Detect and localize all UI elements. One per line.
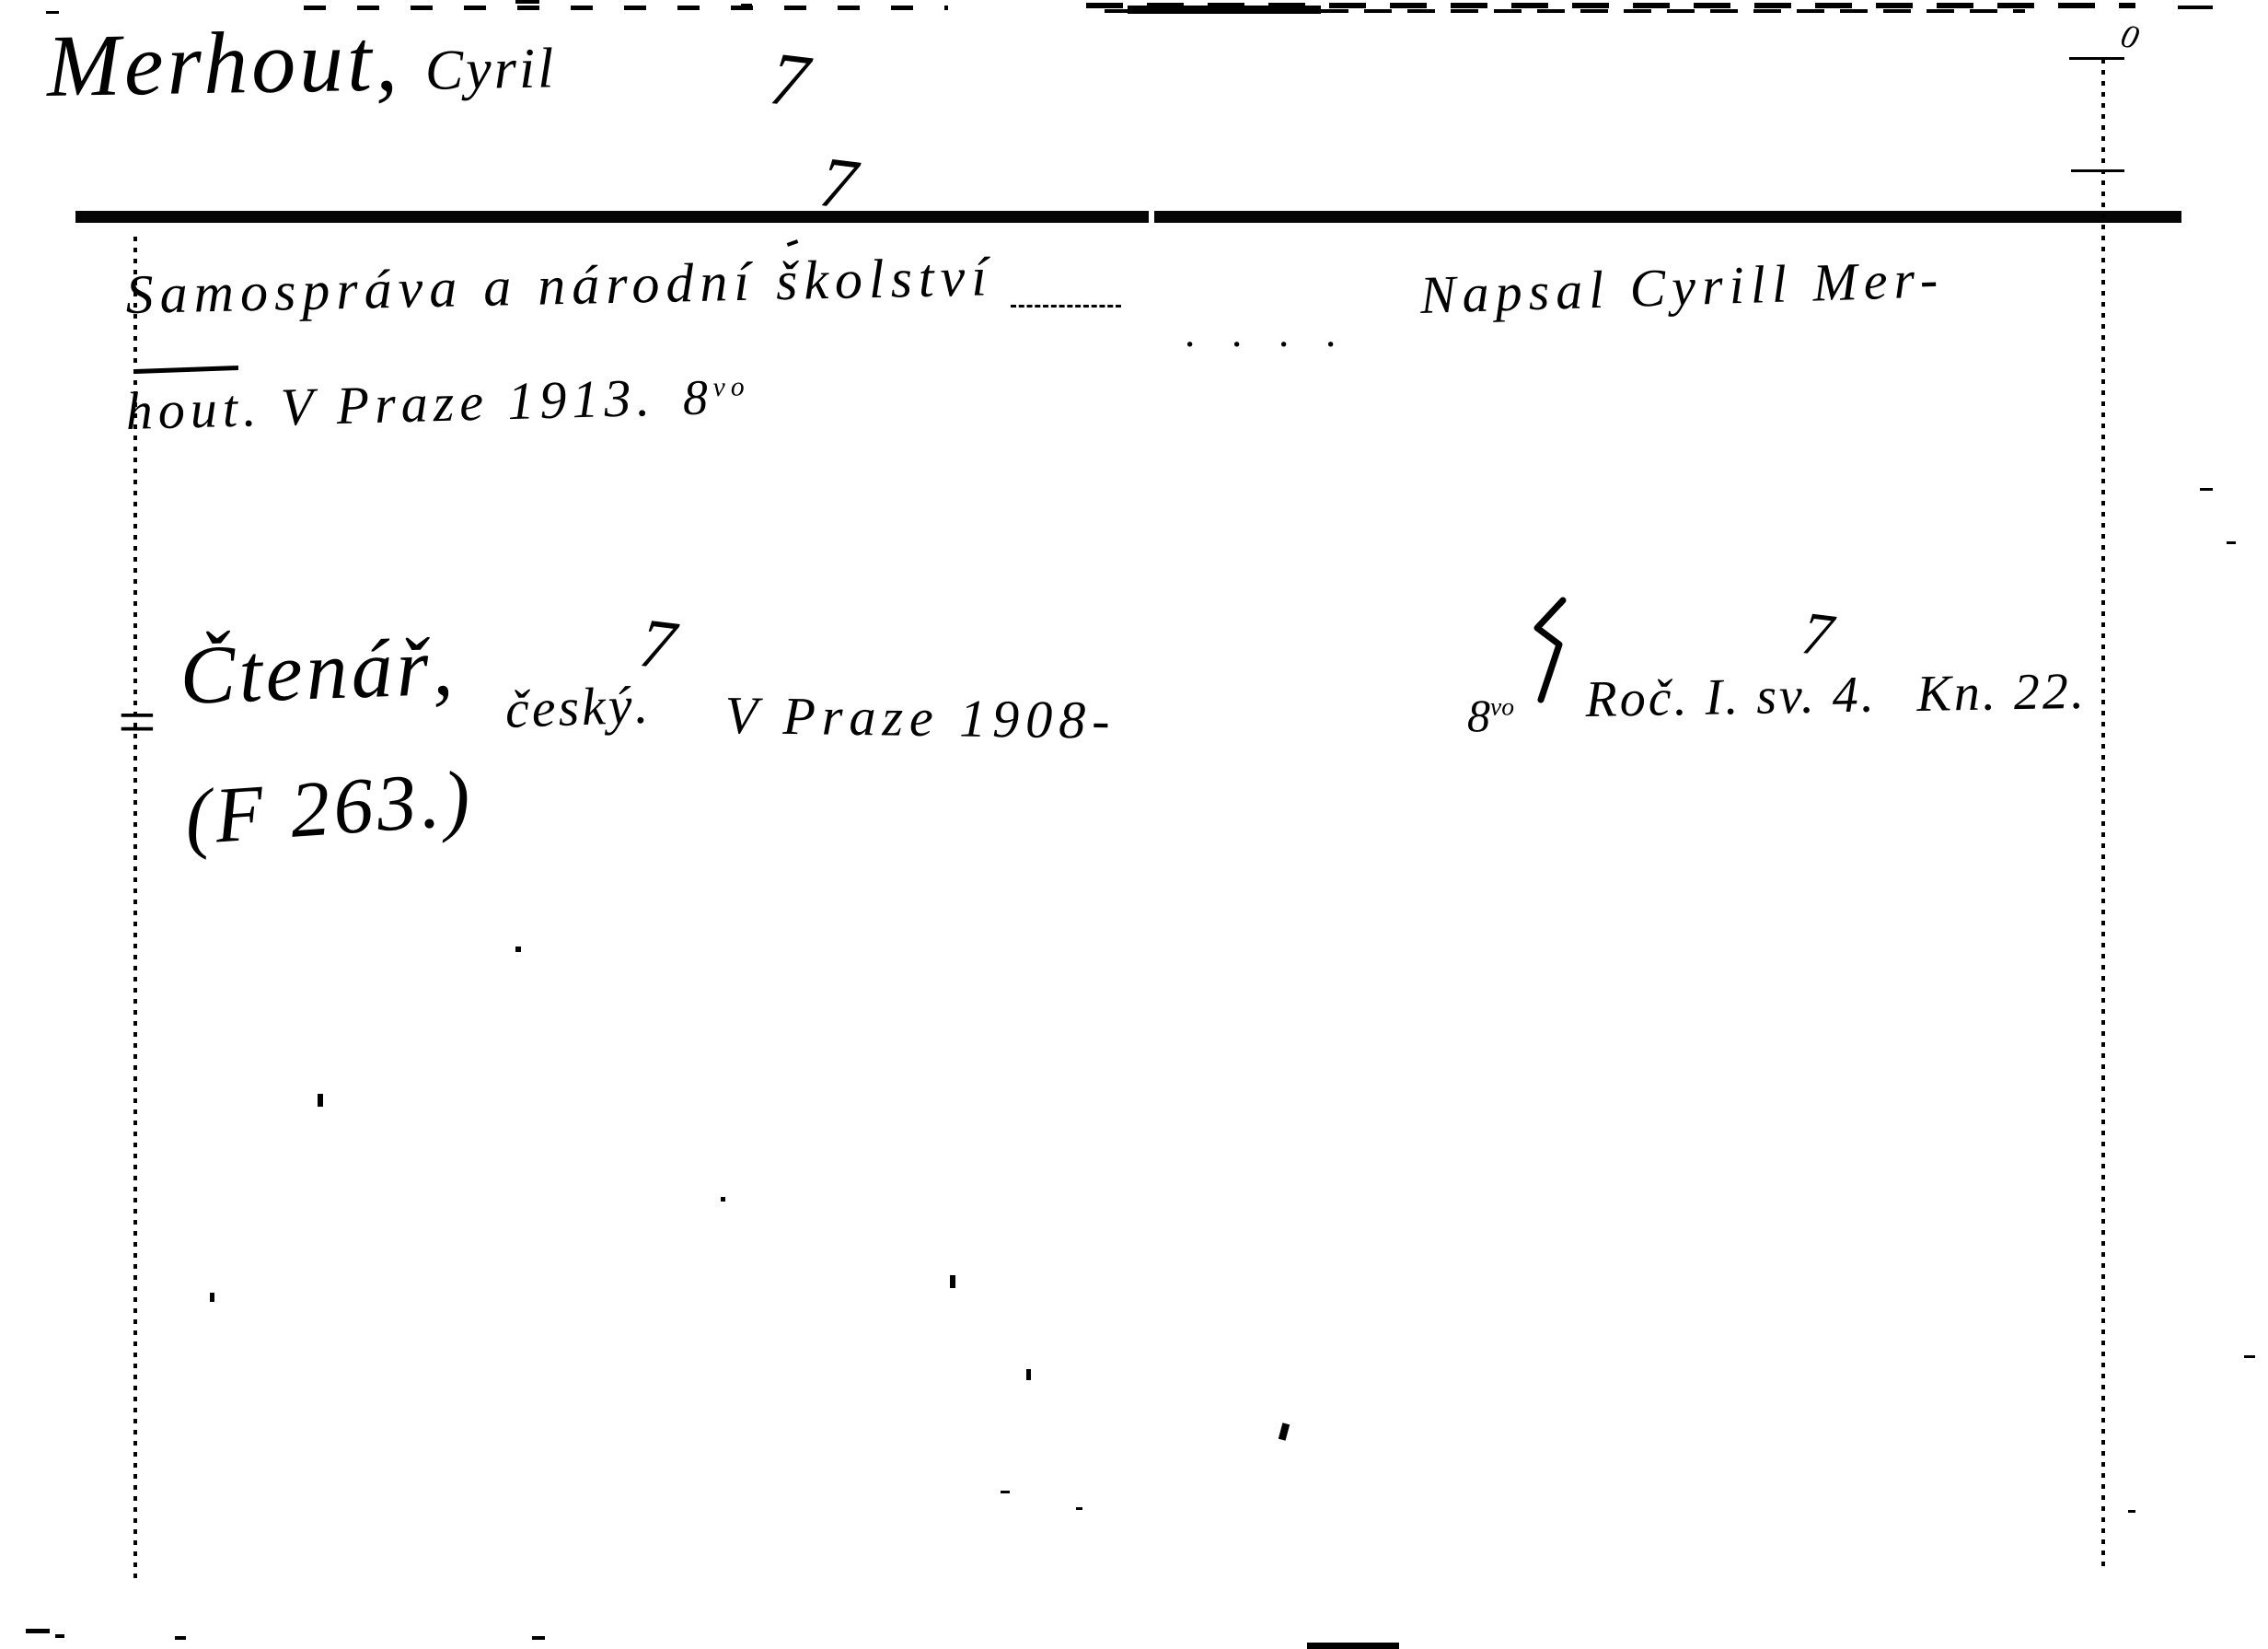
format-superscript: vo (1490, 691, 1514, 720)
format-number: 8 (1467, 690, 1490, 741)
entry2-citation-volume: Roč. I. sv. 4. (1585, 668, 1877, 726)
scan-noise-bottom (175, 1636, 186, 1640)
entry2-reference-title: Čtenář, (179, 626, 457, 718)
entry1-title: Samospráva a národní školství (125, 249, 993, 322)
scan-noise-bottom (1307, 1643, 1399, 1649)
catalog-card-scan: Merhout, Cyril 7 0 Samospráva a národní … (0, 0, 2268, 1649)
insertion-caret-mark: 7 (636, 608, 679, 681)
scan-noise-top (46, 11, 59, 14)
heading: Merhout, Cyril (46, 13, 557, 110)
heading-surname: Merhout, (46, 16, 401, 110)
scan-noise-bottom (26, 1629, 50, 1633)
entry1-ellipsis: . . . . (1186, 311, 1350, 354)
entry1-continuation-row: hout. V Praze 1913. 8vo (125, 368, 751, 438)
ink-speck (721, 1197, 725, 1202)
ink-speck (1279, 1423, 1290, 1440)
ink-speck (2200, 488, 2213, 491)
ink-speck (318, 1094, 323, 1107)
entry2-reference-qualifier: český. (504, 678, 652, 736)
scan-noise-top (1128, 6, 1321, 14)
ink-speck (2128, 1510, 2135, 1513)
entry2-shelfmark: (F 263.) (182, 758, 476, 857)
entry1-continuation: hout. V Praze 1913. (125, 371, 656, 438)
scan-noise-bottom (532, 1636, 545, 1640)
scan-noise-top (741, 4, 752, 6)
ink-speck (787, 239, 799, 247)
format-superscript: vo (712, 372, 750, 402)
title-underline (135, 366, 238, 374)
insertion-caret-mark: 7 (766, 41, 813, 120)
scan-noise-top (304, 6, 948, 10)
entry1-format: 8vo (682, 371, 750, 423)
entry2-format: 8vo (1467, 692, 1514, 738)
entry2-imprint: V Praze 1908- (724, 689, 1117, 748)
insertion-caret-mark: 7 (816, 145, 860, 221)
ink-speck (1026, 1369, 1031, 1380)
ink-speck (2227, 541, 2236, 544)
scan-noise-top (515, 0, 539, 4)
right-dotted-border (2101, 59, 2105, 1567)
format-number: 8 (682, 369, 714, 425)
heading-rule (1154, 211, 2181, 223)
right-border-tick (2069, 57, 2124, 60)
title-overline-dashes (1011, 305, 1121, 308)
ink-speck (2244, 1355, 2255, 1358)
insertion-bracket-mark (1532, 597, 1570, 710)
entry1-statement: Napsal Cyrill Mer- (1419, 252, 1945, 322)
entry2-citation-number: Kn. 22. (1916, 666, 2087, 720)
corner-mark: 0 (2118, 18, 2143, 54)
scan-noise-top (2178, 6, 2213, 9)
scan-noise-bottom (55, 1634, 64, 1638)
ink-speck (1001, 1491, 1010, 1493)
ink-speck (950, 1275, 955, 1288)
equals-mark: = (118, 689, 156, 757)
ink-speck (515, 946, 521, 952)
heading-forename: Cyril (424, 40, 557, 99)
heading-rule (75, 211, 1149, 223)
ink-speck (1076, 1507, 1082, 1510)
insertion-caret-mark: 7 (1799, 603, 1836, 668)
right-border-tick (2071, 169, 2124, 172)
ink-speck (210, 1293, 214, 1302)
